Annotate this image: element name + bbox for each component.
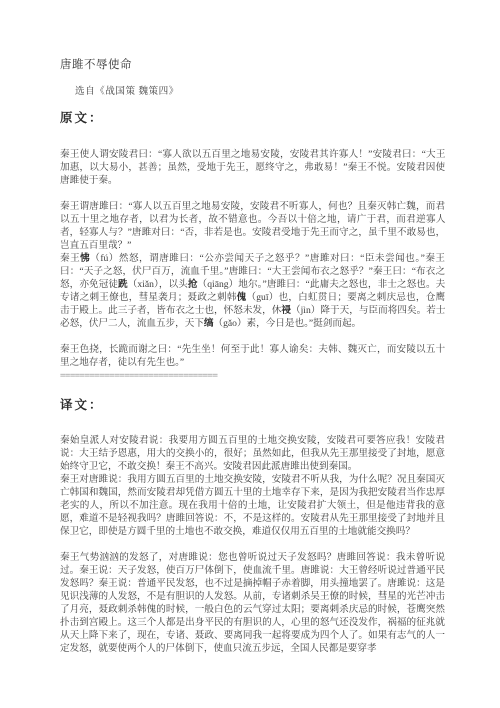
paragraph: 秦始皇派人对安陵君说：我要用方圆五百里的土地交换安陵，安陵君可要答应我！安陵君说… xyxy=(60,434,445,473)
translation-section-heading: 译文： xyxy=(60,395,445,413)
paragraph: 秦王怫（fú）然怒，谓唐雎曰：“公亦尝闻天子之怒乎？”唐雎对曰：“臣未尝闻也。”… xyxy=(60,252,445,330)
section-divider: ================================ xyxy=(60,370,445,383)
original-section-heading: 原文： xyxy=(60,108,445,126)
translation-text-block: 秦始皇派人对安陵君说：我要用方圆五百里的土地交换安陵，安陵君可要答应我！安陵君说… xyxy=(60,434,445,655)
paragraph: 秦王色挠，长跪而谢之曰：“先生坐！何至于此！寡人谕矣：夫韩、魏灭亡，而安陵以五十… xyxy=(60,343,445,369)
paragraph: 秦王使人谓安陵君曰：“寡人欲以五百里之地易安陵，安陵君其许寡人！”安陵君曰：“大… xyxy=(60,148,445,187)
original-text-block: 秦王使人谓安陵君曰：“寡人欲以五百里之地易安陵，安陵君其许寡人！”安陵君曰：“大… xyxy=(60,148,445,369)
document-title: 唐雎不辱使命 xyxy=(60,56,445,72)
paragraph: 秦王气势汹汹的发怒了，对唐雎说：您也曾听说过天子发怒吗？唐雎回答说：我未曾听说过… xyxy=(60,551,445,655)
paragraph: 秦王对唐雎说：我用方圆五百里的土地交换安陵，安陵君不听从我，为什么呢？况且秦国灭… xyxy=(60,473,445,538)
document-page: 唐雎不辱使命 选自《战国策 魏策四》 原文： 秦王使人谓安陵君曰：“寡人欲以五百… xyxy=(0,0,500,708)
paragraph: 秦王谓唐雎曰：“寡人以五百里之地易安陵，安陵君不听寡人，何也？且秦灭韩亡魏，而君… xyxy=(60,200,445,252)
document-subtitle: 选自《战国策 魏策四》 xyxy=(60,83,445,97)
